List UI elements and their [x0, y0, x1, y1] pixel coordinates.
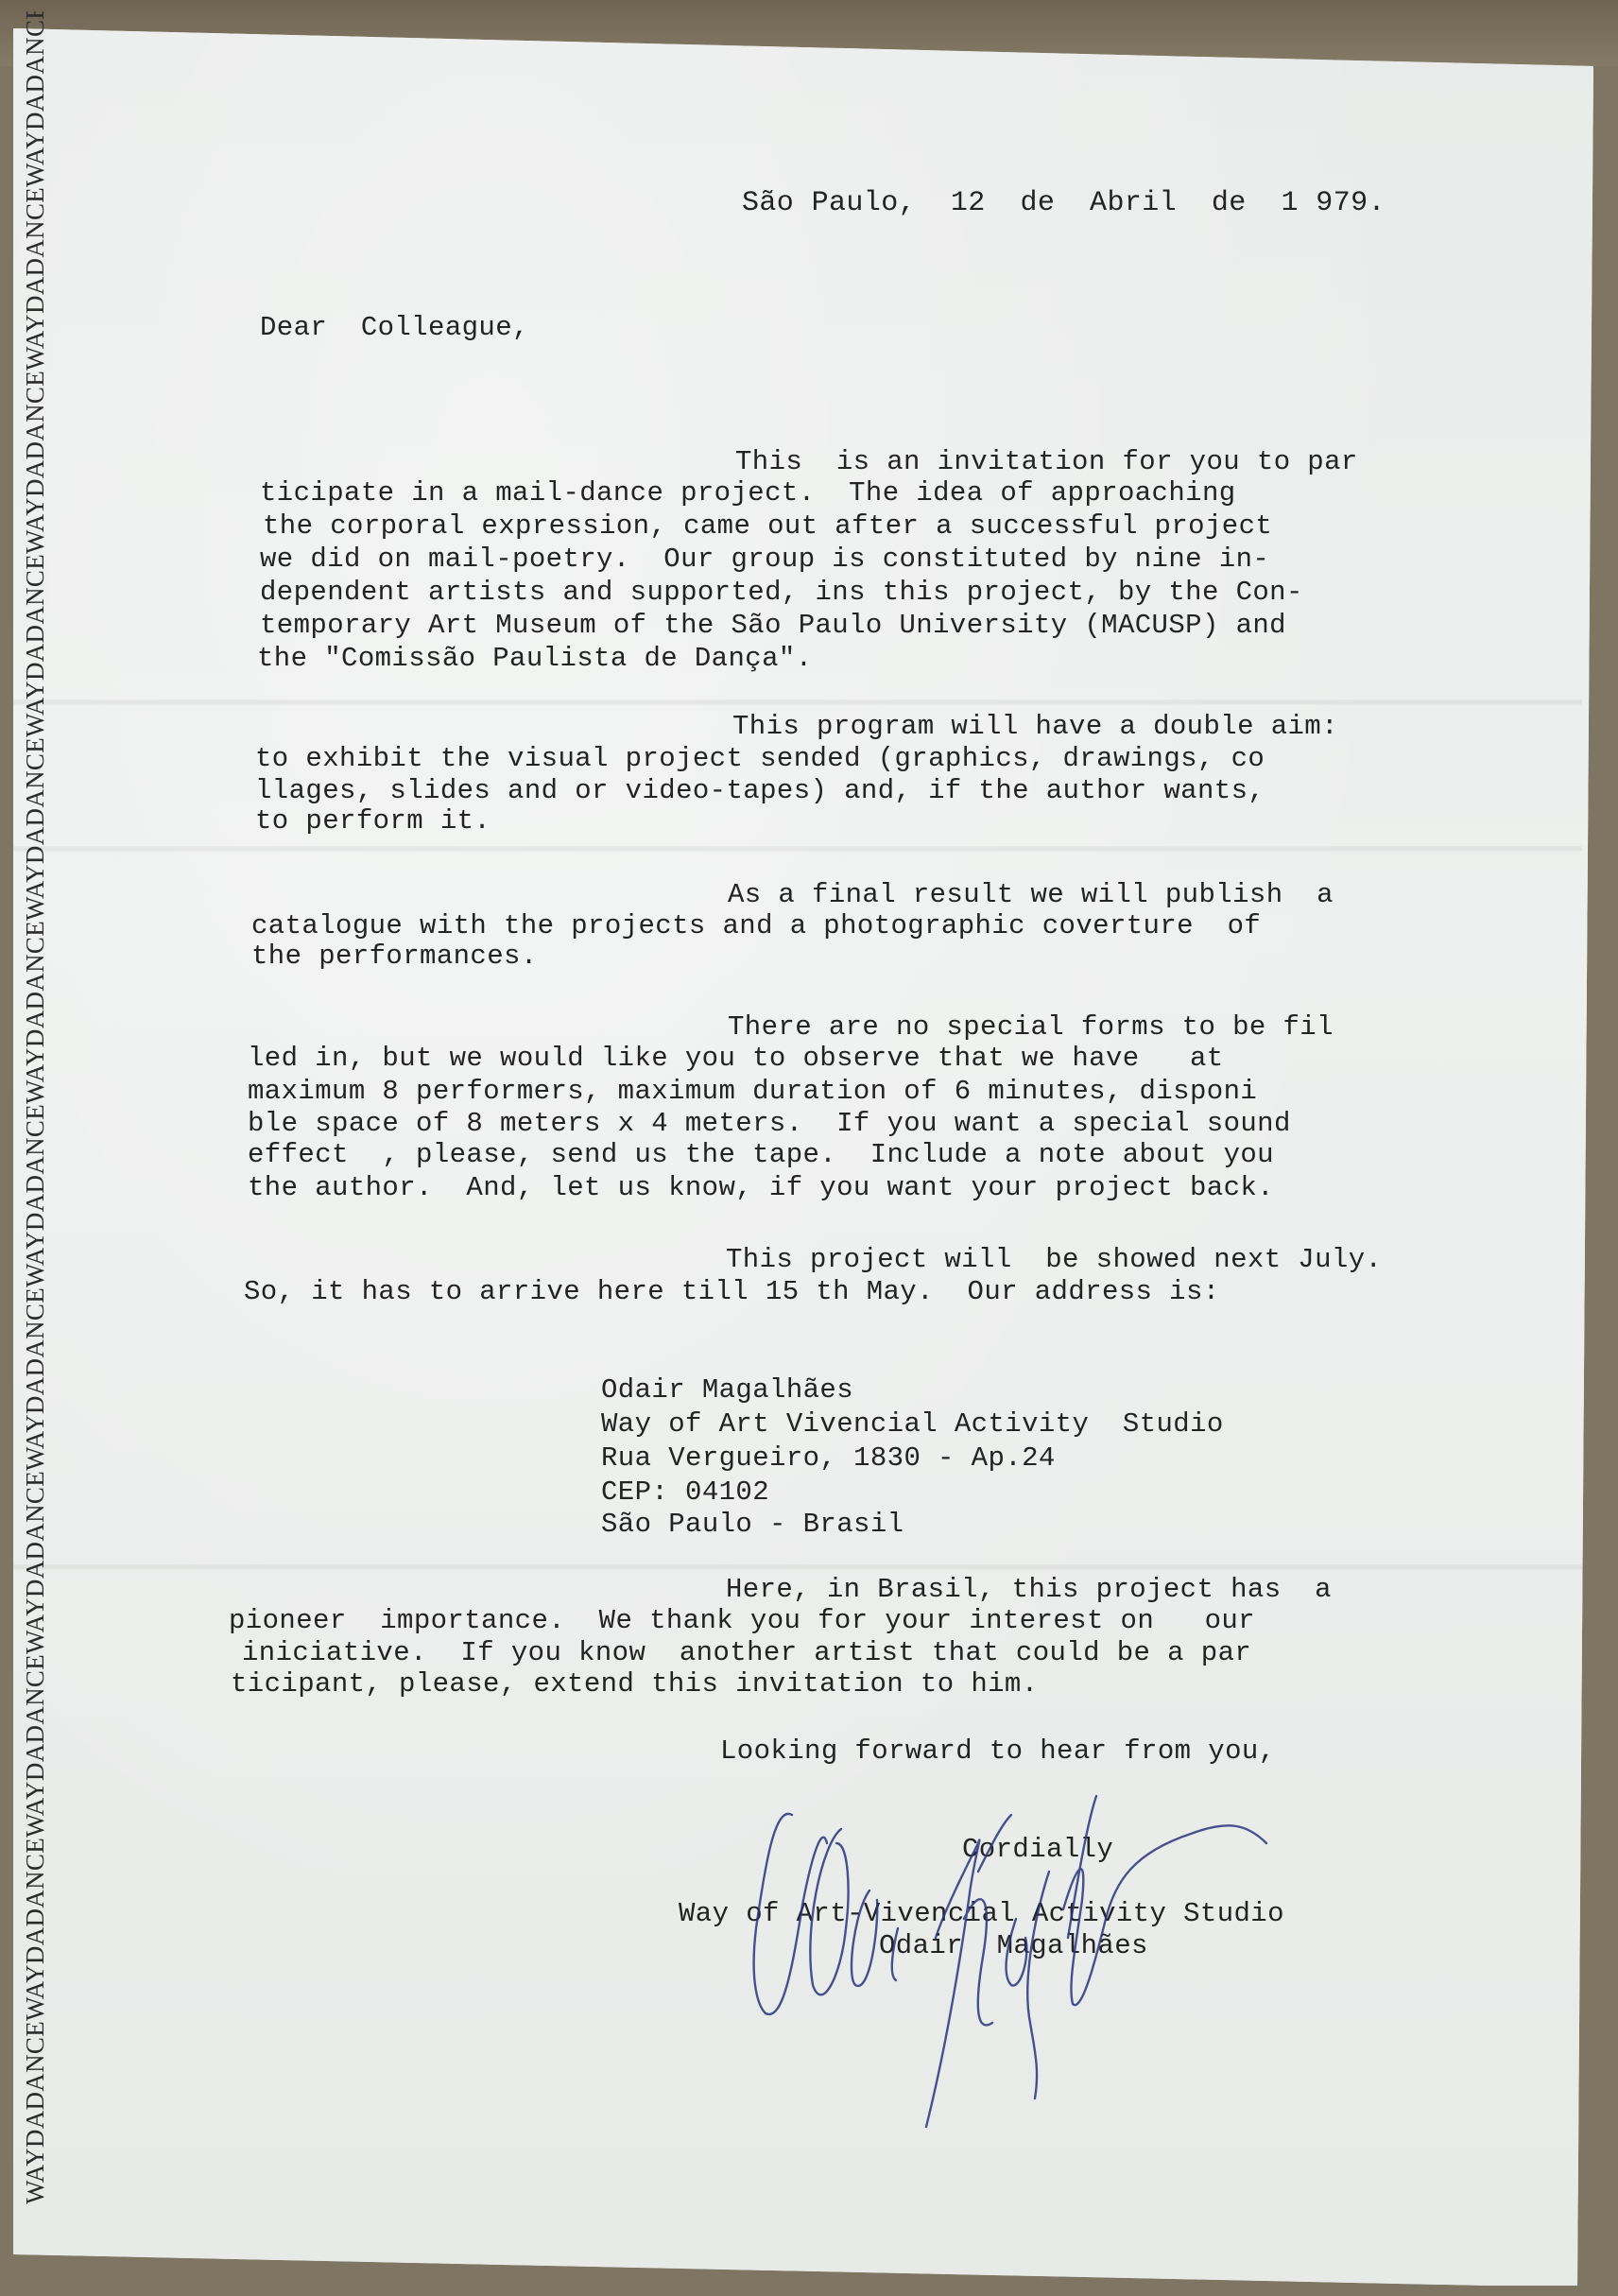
paragraph-line: the corporal expression, came out after …	[263, 510, 1272, 542]
address-line: Way of Art Vivencial Activity Studio	[601, 1408, 1224, 1440]
address-line: Rua Vergueiro, 1830 - Ap.24	[601, 1442, 1056, 1474]
paragraph-line: effect , please, send us the tape. Inclu…	[248, 1139, 1274, 1170]
paragraph-line: As a final result we will publish a	[728, 879, 1334, 910]
signature-org: Way of Art-Vivencial Activity Studio	[679, 1898, 1284, 1929]
paragraph-line: temporary Art Museum of the São Paulo Un…	[260, 610, 1286, 641]
looking-forward: Looking forward to hear from you,	[720, 1735, 1276, 1767]
paragraph-line: pioneer importance. We thank you for you…	[229, 1605, 1255, 1636]
paragraph-line: to exhibit the visual project sended (gr…	[255, 743, 1265, 774]
paragraph-line: maximum 8 performers, maximum duration o…	[248, 1076, 1257, 1107]
paragraph-line: iniciative. If you know another artist t…	[242, 1637, 1251, 1668]
paragraph-line: There are no special forms to be fil	[728, 1011, 1334, 1043]
address-line: São Paulo - Brasil	[601, 1509, 904, 1540]
paragraph-line: This program will have a double aim:	[732, 711, 1338, 742]
salutation: Dear Colleague,	[260, 312, 529, 343]
paragraph-line: to perform it.	[255, 805, 491, 837]
paper-fold	[13, 846, 1582, 852]
signoff: Cordially	[962, 1834, 1113, 1865]
address-line: Odair Magalhães	[601, 1374, 853, 1406]
paragraph-line: we did on mail-poetry. Our group is cons…	[260, 544, 1269, 575]
paragraph-line: Here, in Brasil, this project has a	[726, 1574, 1332, 1605]
paragraph-line: This is an invitation for you to par	[735, 446, 1358, 477]
paragraph-line: the "Comissão Paulista de Dança".	[257, 643, 813, 674]
paragraph-line: ble space of 8 meters x 4 meters. If you…	[248, 1108, 1291, 1139]
paper-fold	[13, 1564, 1582, 1570]
paragraph-line: llages, slides and or video-tapes) and, …	[255, 775, 1265, 806]
address-line: CEP: 04102	[601, 1476, 769, 1508]
signature-name: Odair Magalhães	[879, 1930, 1148, 1961]
paragraph-line: dependent artists and supported, ins thi…	[260, 577, 1303, 608]
paragraph-line: led in, but we would like you to observe…	[248, 1043, 1224, 1074]
paragraph-line: ticipant, please, extend this invitation…	[231, 1668, 1039, 1700]
paper-fold	[13, 699, 1582, 705]
paragraph-line: So, it has to arrive here till 15 th May…	[244, 1276, 1220, 1307]
paragraph-line: the author. And, let us know, if you wan…	[248, 1172, 1274, 1203]
paragraph-line: ticipate in a mail-dance project. The id…	[260, 477, 1236, 509]
side-banner-waydadance: WAYDADANCEWAYDADANCEWAYDADANCEWAYDADANCE…	[21, 11, 50, 2204]
dateline: São Paulo, 12 de Abril de 1 979.	[742, 187, 1386, 219]
paragraph-line: catalogue with the projects and a photog…	[251, 910, 1261, 941]
paragraph-line: the performances.	[251, 941, 538, 972]
paragraph-line: This project will be showed next July.	[726, 1244, 1382, 1275]
